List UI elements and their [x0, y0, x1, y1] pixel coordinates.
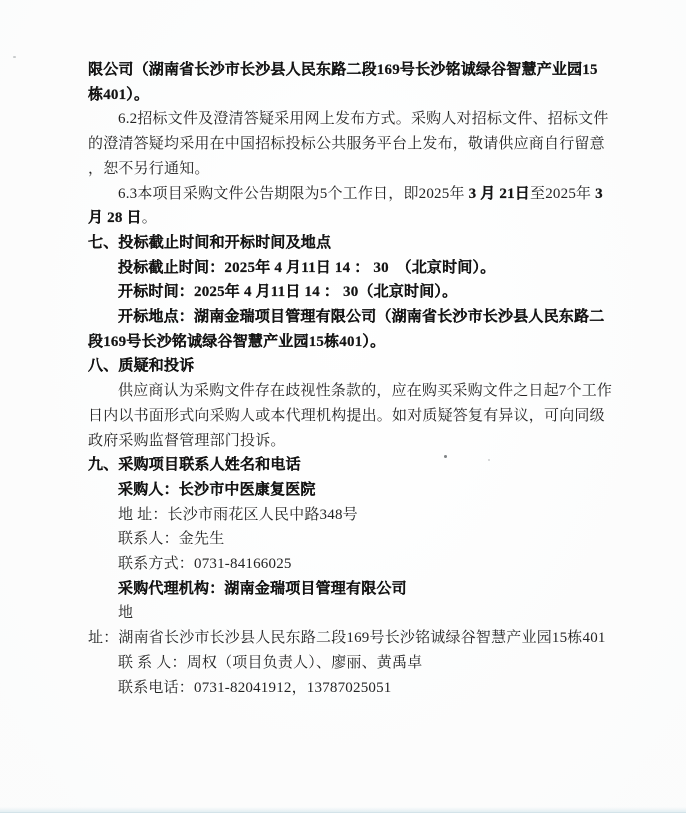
doc-line: 地: [88, 601, 604, 626]
doc-text: 的澄清答疑均采用在中国招标投标公共服务平台上发布，敬请供应商自行留意: [88, 136, 605, 152]
doc-line: 日内以书面形式向采购人或本代理机构提出。如对质疑答复有异议，可向同级: [88, 404, 604, 429]
doc-text: 址：湖南省长沙市长沙县人民东路二段169号长沙铭诚绿谷智慧产业园15栋401: [88, 630, 606, 646]
doc-line: 段169号长沙铭诚绿谷智慧产业园15栋401）。: [88, 330, 604, 355]
doc-text-bold: 投标截止时间：2025年 4 月11日 14 ： 30 （北京时间）。: [118, 260, 495, 276]
scanned-document-page: 限公司（湖南省长沙市长沙县人民东路二段169号长沙铭诚绿谷智慧产业园15栋401…: [0, 0, 686, 813]
doc-text-bold: 开标地点：湖南金瑞项目管理有限公司（湖南省长沙市长沙县人民东路二: [118, 309, 604, 325]
doc-text: 日内以书面形式向采购人或本代理机构提出。如对质疑答复有异议，可向同级: [88, 408, 605, 424]
doc-text-bold: 采购人：长沙市中医康复医院: [118, 482, 316, 498]
doc-line: 址：湖南省长沙市长沙县人民东路二段169号长沙铭诚绿谷智慧产业园15栋401: [88, 626, 604, 651]
doc-text: 政府采购监督管理部门投诉。: [88, 433, 286, 449]
doc-line: 月 28 日。: [88, 206, 604, 231]
doc-line: 6.3本项目采购文件公告期限为5个工作日，即2025年 3 月 21日至2025…: [88, 182, 604, 207]
doc-text: 至2025年: [530, 186, 595, 202]
doc-line: ，恕不另行通知。: [88, 157, 604, 182]
scan-speck: [13, 56, 16, 58]
doc-text: 联系方式：0731-84166025: [118, 556, 292, 572]
doc-text: 6.2招标文件及澄清答疑采用网上发布方式。采购人对招标文件、招标文件: [118, 111, 609, 127]
doc-text: 地 址：长沙市雨花区人民中路348号: [118, 507, 358, 523]
doc-line: 采购代理机构：湖南金瑞项目管理有限公司: [88, 577, 604, 602]
doc-line: 联系电话：0731-82041912，13787025051: [88, 676, 604, 701]
scan-speck: [488, 459, 490, 461]
doc-text-bold: 3 月 21日: [469, 186, 530, 202]
doc-line: 6.2招标文件及澄清答疑采用网上发布方式。采购人对招标文件、招标文件: [88, 107, 604, 132]
doc-text: 联系人：金先生: [118, 531, 224, 547]
doc-line: 联系人：金先生: [88, 527, 604, 552]
doc-text: 6.3本项目采购文件公告期限为5个工作日，即2025年: [118, 186, 469, 202]
doc-text: 供应商认为采购文件存在歧视性条款的，应在购买采购文件之日起7个工作: [118, 383, 612, 399]
doc-text-bold: 开标时间：2025年 4 月11日 14 ： 30（北京时间）。: [118, 284, 457, 300]
doc-text-bold: 八、质疑和投诉: [88, 358, 194, 374]
doc-line: 投标截止时间：2025年 4 月11日 14 ： 30 （北京时间）。: [88, 256, 604, 281]
scan-bottom-edge: [0, 807, 686, 813]
doc-text: 联 系 人：周权（项目负责人）、廖丽、黄禹卓: [118, 655, 422, 671]
doc-line: 联系方式：0731-84166025: [88, 552, 604, 577]
doc-line: 采购人：长沙市中医康复医院: [88, 478, 604, 503]
doc-text: 联系电话：0731-82041912，13787025051: [118, 680, 392, 696]
doc-text-bold: 限公司（湖南省长沙市长沙县人民东路二段169号长沙铭诚绿谷智慧产业园15: [88, 62, 598, 78]
doc-text-bold: 段169号长沙铭诚绿谷智慧产业园15栋401）。: [88, 334, 385, 350]
doc-line: 限公司（湖南省长沙市长沙县人民东路二段169号长沙铭诚绿谷智慧产业园15: [88, 58, 604, 83]
doc-line: 联 系 人：周权（项目负责人）、廖丽、黄禹卓: [88, 651, 604, 676]
doc-line: 七、投标截止时间和开标时间及地点: [88, 231, 604, 256]
doc-text: ，恕不另行通知。: [88, 161, 210, 177]
doc-text-bold: 采购代理机构：湖南金瑞项目管理有限公司: [118, 581, 407, 597]
document-lines: 限公司（湖南省长沙市长沙县人民东路二段169号长沙铭诚绿谷智慧产业园15栋401…: [88, 58, 604, 700]
doc-line: 供应商认为采购文件存在歧视性条款的，应在购买采购文件之日起7个工作: [88, 379, 604, 404]
doc-line: 九、采购项目联系人姓名和电话: [88, 453, 604, 478]
doc-line: 政府采购监督管理部门投诉。: [88, 429, 604, 454]
doc-text: 地: [118, 605, 133, 621]
doc-line: 开标时间：2025年 4 月11日 14 ： 30（北京时间）。: [88, 280, 604, 305]
doc-text-bold: 月 28 日: [88, 210, 142, 226]
doc-line: 地 址：长沙市雨花区人民中路348号: [88, 503, 604, 528]
doc-text-bold: 九、采购项目联系人姓名和电话: [88, 457, 301, 473]
doc-text-bold: 栋401）。: [88, 87, 149, 103]
doc-text-bold: 七、投标截止时间和开标时间及地点: [88, 235, 331, 251]
doc-line: 八、质疑和投诉: [88, 354, 604, 379]
scan-speck: [444, 455, 447, 458]
doc-line: 开标地点：湖南金瑞项目管理有限公司（湖南省长沙市长沙县人民东路二: [88, 305, 604, 330]
doc-text-bold: 3: [595, 186, 603, 202]
doc-line: 栋401）。: [88, 83, 604, 108]
doc-line: 的澄清答疑均采用在中国招标投标公共服务平台上发布，敬请供应商自行留意: [88, 132, 604, 157]
doc-text: 。: [142, 210, 157, 226]
